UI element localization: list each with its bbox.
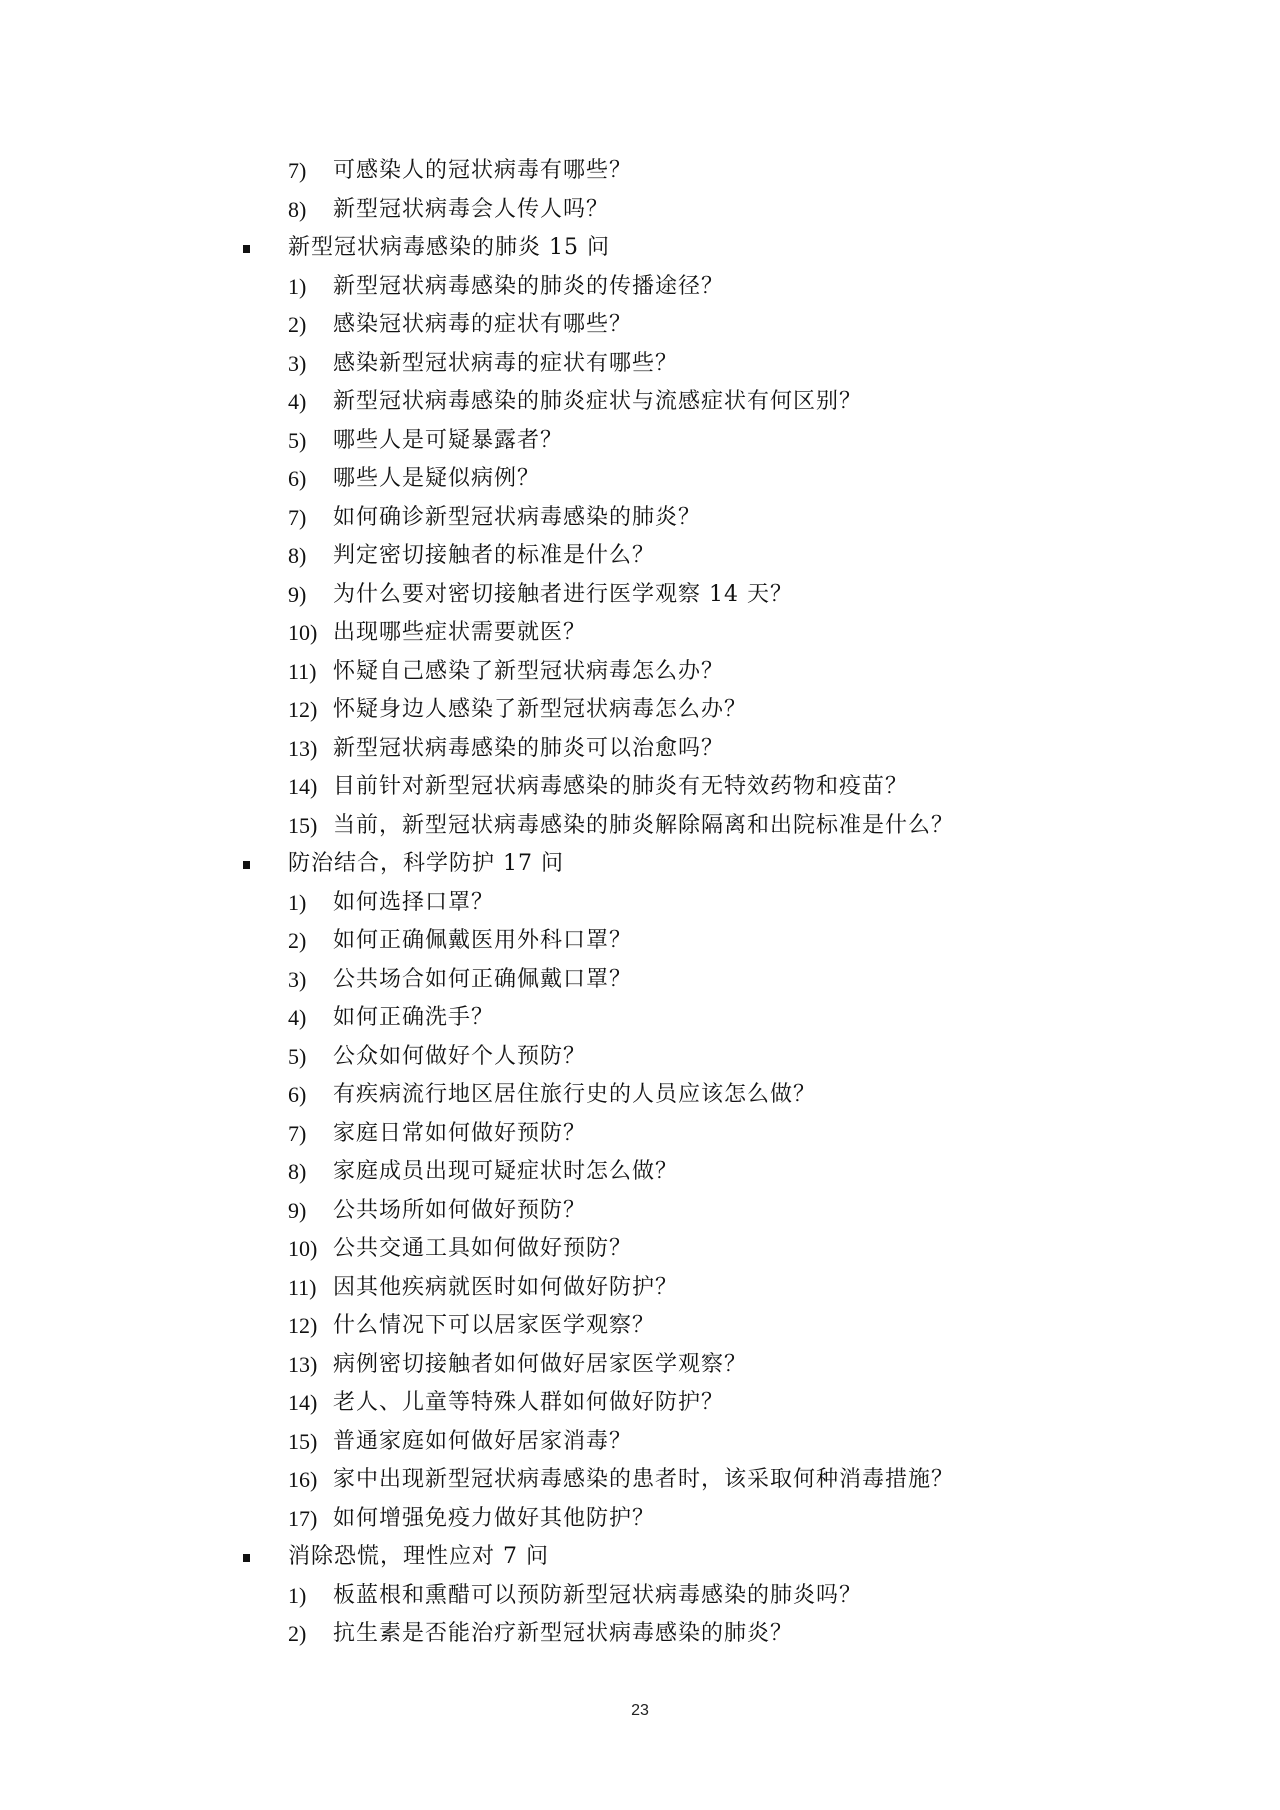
item-text: 哪些人是可疑暴露者？ [333, 422, 563, 461]
list-item: 1)新型冠状病毒感染的肺炎的传播途径？ [240, 268, 1140, 307]
item-text: 怀疑身边人感染了新型冠状病毒怎么办？ [333, 691, 747, 730]
list-item: 8)判定密切接触者的标准是什么？ [240, 537, 1140, 576]
list-item: 1)如何选择口罩？ [240, 884, 1140, 923]
list-item: 6)哪些人是疑似病例？ [240, 460, 1140, 499]
item-text: 普通家庭如何做好居家消毒？ [333, 1423, 632, 1462]
item-number: 1) [288, 1577, 306, 1616]
item-number: 4) [288, 999, 306, 1038]
list-item: 7)如何确诊新型冠状病毒感染的肺炎？ [240, 499, 1140, 538]
list-item: 1)板蓝根和熏醋可以预防新型冠状病毒感染的肺炎吗？ [240, 1577, 1140, 1616]
item-number: 13) [288, 730, 317, 769]
list-item: 9)为什么要对密切接触者进行医学观察 14 天？ [240, 576, 1140, 615]
list-item: 5)哪些人是可疑暴露者？ [240, 422, 1140, 461]
item-text: 感染冠状病毒的症状有哪些？ [333, 306, 632, 345]
list-item: 6)有疾病流行地区居住旅行史的人员应该怎么做？ [240, 1076, 1140, 1115]
square-bullet-icon [243, 1554, 250, 1562]
item-number: 3) [288, 961, 306, 1000]
item-text: 怀疑自己感染了新型冠状病毒怎么办？ [333, 653, 724, 692]
list-item: 10)公共交通工具如何做好预防？ [240, 1230, 1140, 1269]
list-item: 11)因其他疾病就医时如何做好防护？ [240, 1269, 1140, 1308]
item-text: 可感染人的冠状病毒有哪些？ [333, 152, 632, 191]
item-number: 3) [288, 345, 306, 384]
item-text: 如何增强免疫力做好其他防护？ [333, 1500, 655, 1539]
item-text: 出现哪些症状需要就医？ [333, 614, 586, 653]
item-text: 有疾病流行地区居住旅行史的人员应该怎么做？ [333, 1076, 816, 1115]
item-number: 12) [288, 691, 317, 730]
list-item: 5)公众如何做好个人预防？ [240, 1038, 1140, 1077]
list-item: 15)当前，新型冠状病毒感染的肺炎解除隔离和出院标准是什么？ [240, 807, 1140, 846]
item-text: 如何选择口罩？ [333, 884, 494, 923]
list-item: 3)感染新型冠状病毒的症状有哪些？ [240, 345, 1140, 384]
item-text: 如何正确佩戴医用外科口罩？ [333, 922, 632, 961]
document-page: 7) 可感染人的冠状病毒有哪些？ 8) 新型冠状病毒会人传人吗？ 新型冠状病毒感… [0, 0, 1280, 1810]
square-bullet-icon [243, 861, 250, 869]
list-item: 7) 可感染人的冠状病毒有哪些？ [240, 152, 1140, 191]
item-text: 板蓝根和熏醋可以预防新型冠状病毒感染的肺炎吗？ [333, 1577, 862, 1616]
square-bullet-icon [243, 245, 250, 253]
page-number: 23 [0, 1702, 1280, 1720]
list-item: 2)感染冠状病毒的症状有哪些？ [240, 306, 1140, 345]
section-title: 消除恐慌，理性应对 7 问 [288, 1538, 549, 1577]
list-item: 14)老人、儿童等特殊人群如何做好防护？ [240, 1384, 1140, 1423]
item-number: 9) [288, 1192, 306, 1231]
question-list: 7) 可感染人的冠状病毒有哪些？ 8) 新型冠状病毒会人传人吗？ 新型冠状病毒感… [240, 152, 1140, 1654]
item-text: 公共交通工具如何做好预防？ [333, 1230, 632, 1269]
list-item: 8) 新型冠状病毒会人传人吗？ [240, 191, 1140, 230]
item-text: 老人、儿童等特殊人群如何做好防护？ [333, 1384, 724, 1423]
list-item: 13)新型冠状病毒感染的肺炎可以治愈吗？ [240, 730, 1140, 769]
section-heading: 防治结合，科学防护 17 问 [240, 845, 1140, 884]
item-text: 新型冠状病毒感染的肺炎可以治愈吗？ [333, 730, 724, 769]
item-text: 公众如何做好个人预防？ [333, 1038, 586, 1077]
item-number: 2) [288, 1615, 306, 1654]
item-number: 6) [288, 1076, 306, 1115]
item-number: 8) [288, 1153, 306, 1192]
item-text: 因其他疾病就医时如何做好防护？ [333, 1269, 678, 1308]
item-text: 公共场合如何正确佩戴口罩？ [333, 961, 632, 1000]
list-item: 2)抗生素是否能治疗新型冠状病毒感染的肺炎？ [240, 1615, 1140, 1654]
list-item: 16)家中出现新型冠状病毒感染的患者时，该采取何种消毒措施？ [240, 1461, 1140, 1500]
list-item: 14)目前针对新型冠状病毒感染的肺炎有无特效药物和疫苗？ [240, 768, 1140, 807]
item-text: 目前针对新型冠状病毒感染的肺炎有无特效药物和疫苗？ [333, 768, 908, 807]
item-number: 5) [288, 1038, 306, 1077]
item-text: 哪些人是疑似病例？ [333, 460, 540, 499]
list-item: 8)家庭成员出现可疑症状时怎么做？ [240, 1153, 1140, 1192]
item-number: 6) [288, 460, 306, 499]
item-number: 2) [288, 922, 306, 961]
item-number: 1) [288, 268, 306, 307]
item-number: 14) [288, 768, 317, 807]
item-number: 15) [288, 1423, 317, 1462]
item-number: 13) [288, 1346, 317, 1385]
list-item: 4)新型冠状病毒感染的肺炎症状与流感症状有何区别？ [240, 383, 1140, 422]
item-text: 公共场所如何做好预防？ [333, 1192, 586, 1231]
list-item: 9)公共场所如何做好预防？ [240, 1192, 1140, 1231]
section-title: 新型冠状病毒感染的肺炎 15 问 [288, 229, 610, 268]
list-item: 4)如何正确洗手？ [240, 999, 1140, 1038]
list-item: 10)出现哪些症状需要就医？ [240, 614, 1140, 653]
item-text: 如何正确洗手？ [333, 999, 494, 1038]
item-text: 判定密切接触者的标准是什么？ [333, 537, 655, 576]
item-number: 8) [288, 191, 306, 230]
item-text: 为什么要对密切接触者进行医学观察 14 天？ [333, 576, 793, 615]
item-text: 如何确诊新型冠状病毒感染的肺炎？ [333, 499, 701, 538]
list-item: 2)如何正确佩戴医用外科口罩？ [240, 922, 1140, 961]
item-number: 7) [288, 499, 306, 538]
item-text: 当前，新型冠状病毒感染的肺炎解除隔离和出院标准是什么？ [333, 807, 954, 846]
item-number: 8) [288, 537, 306, 576]
item-number: 7) [288, 1115, 306, 1154]
item-text: 新型冠状病毒感染的肺炎的传播途径？ [333, 268, 724, 307]
item-number: 9) [288, 576, 306, 615]
item-number: 2) [288, 306, 306, 345]
section-heading: 消除恐慌，理性应对 7 问 [240, 1538, 1140, 1577]
item-number: 11) [288, 1269, 317, 1308]
item-text: 病例密切接触者如何做好居家医学观察？ [333, 1346, 747, 1385]
item-text: 家庭日常如何做好预防？ [333, 1115, 586, 1154]
item-text: 家中出现新型冠状病毒感染的患者时，该采取何种消毒措施？ [333, 1461, 954, 1500]
section-heading: 新型冠状病毒感染的肺炎 15 问 [240, 229, 1140, 268]
item-text: 什么情况下可以居家医学观察？ [333, 1307, 655, 1346]
item-number: 7) [288, 152, 306, 191]
list-item: 15)普通家庭如何做好居家消毒？ [240, 1423, 1140, 1462]
item-text: 新型冠状病毒感染的肺炎症状与流感症状有何区别？ [333, 383, 862, 422]
item-number: 15) [288, 807, 317, 846]
list-item: 12)怀疑身边人感染了新型冠状病毒怎么办？ [240, 691, 1140, 730]
list-item: 12)什么情况下可以居家医学观察？ [240, 1307, 1140, 1346]
item-number: 12) [288, 1307, 317, 1346]
item-number: 16) [288, 1461, 317, 1500]
item-number: 4) [288, 383, 306, 422]
list-item: 17)如何增强免疫力做好其他防护？ [240, 1500, 1140, 1539]
item-text: 感染新型冠状病毒的症状有哪些？ [333, 345, 678, 384]
section-title: 防治结合，科学防护 17 问 [288, 845, 564, 884]
item-number: 10) [288, 1230, 317, 1269]
item-text: 抗生素是否能治疗新型冠状病毒感染的肺炎？ [333, 1615, 793, 1654]
item-number: 10) [288, 614, 317, 653]
item-number: 1) [288, 884, 306, 923]
list-item: 13)病例密切接触者如何做好居家医学观察？ [240, 1346, 1140, 1385]
item-text: 家庭成员出现可疑症状时怎么做？ [333, 1153, 678, 1192]
item-number: 5) [288, 422, 306, 461]
item-number: 17) [288, 1500, 317, 1539]
item-number: 14) [288, 1384, 317, 1423]
list-item: 7)家庭日常如何做好预防？ [240, 1115, 1140, 1154]
list-item: 11)怀疑自己感染了新型冠状病毒怎么办？ [240, 653, 1140, 692]
item-number: 11) [288, 653, 317, 692]
item-text: 新型冠状病毒会人传人吗？ [333, 191, 609, 230]
list-item: 3)公共场合如何正确佩戴口罩？ [240, 961, 1140, 1000]
